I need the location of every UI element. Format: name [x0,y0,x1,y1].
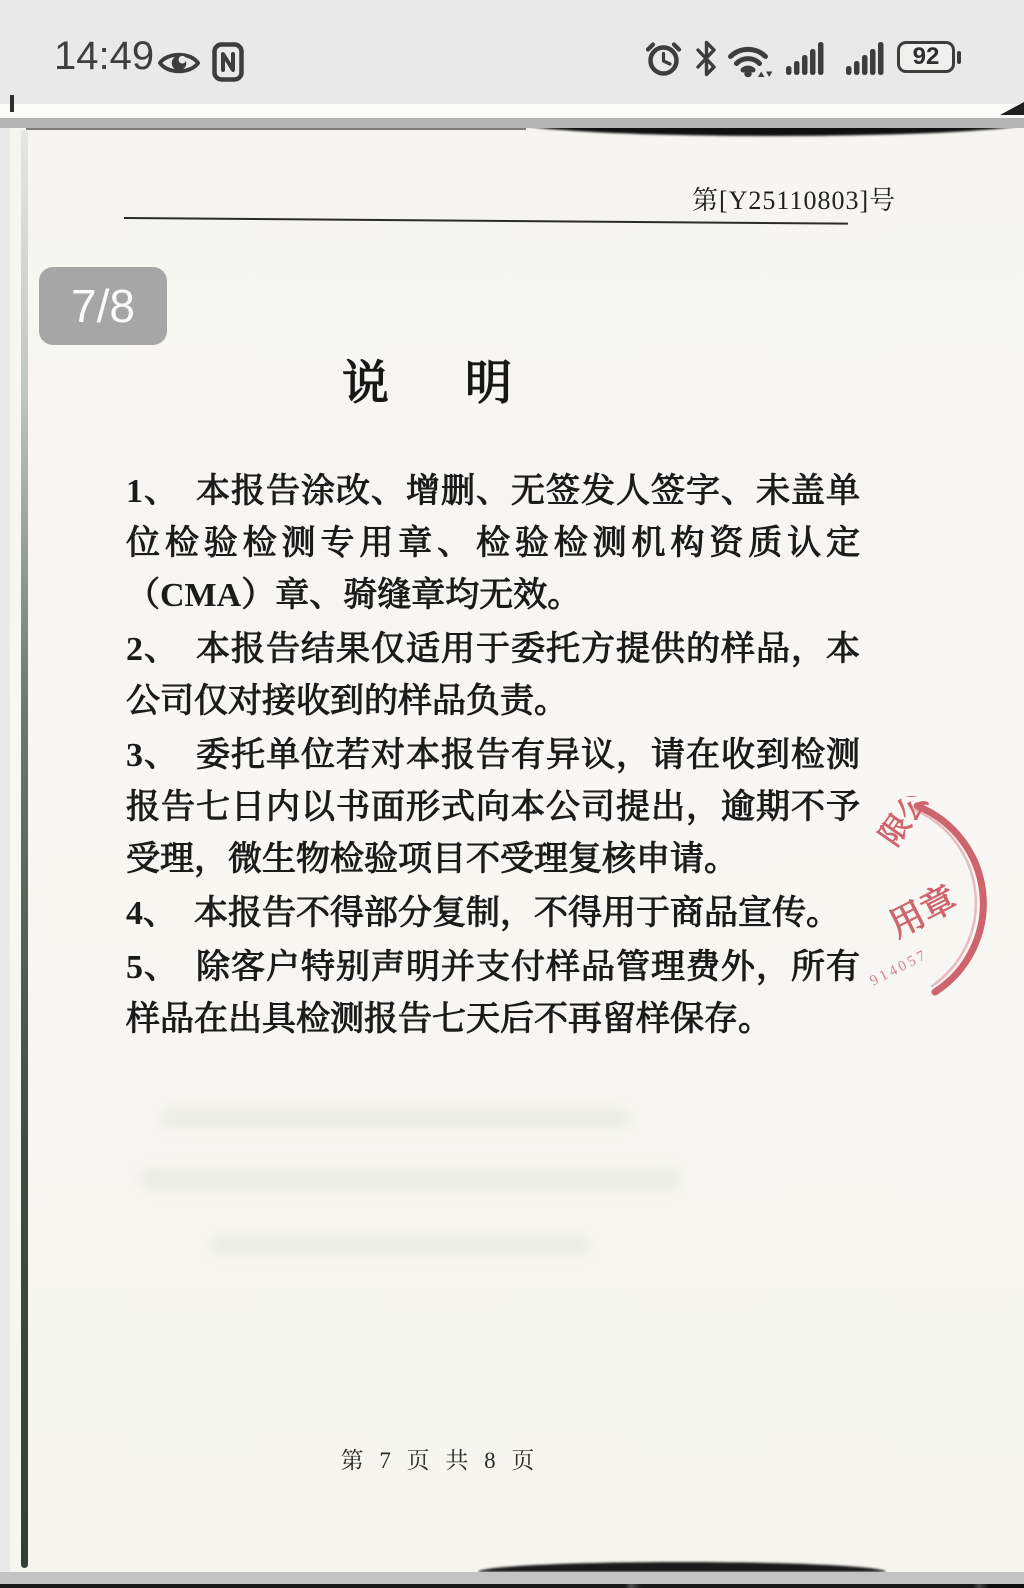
signal-icon [786,41,828,75]
page-number-footer: 第 7 页 共 8 页 [10,1442,870,1475]
page-top-edge-line [26,128,526,130]
note-number: 4、 [126,895,177,932]
note-item: 5、除客户特别声明并支付样品管理费外，所有样品在出具检测报告七天后不再留样保存。 [126,942,860,1046]
battery-indicator: 92 [897,41,955,73]
scan-background-strip [0,104,1024,118]
wifi-icon [727,42,775,78]
note-number: 1、 [126,473,179,510]
note-item: 3、委托单位若对本报告有异议，请在收到检测报告七日内以书面形式向本公司提出，逾期… [126,730,860,886]
status-bar: 14:49 [0,0,1024,104]
stamp-serial-text: 914057 [868,947,931,990]
red-seal-stamp: 限公司 用章 914057 [855,796,1005,1011]
page-title-char: 说 [342,346,389,413]
stamp-seal-text: 用章 [882,878,963,945]
signal-icon [846,41,888,75]
clock-time: 14:49 [54,34,154,79]
bottom-edge-bar [0,1584,1024,1588]
eye-comfort-icon [158,48,200,78]
ink-bleedthrough [210,1236,590,1254]
note-number: 5、 [126,949,179,986]
note-text: 除客户特别声明并支付样品管理费外，所有样品在出具检测报告七天后不再留样保存。 [126,949,860,1038]
divider-band [0,118,1024,128]
note-item: 1、本报告涂改、增删、无签发人签字、未盖单位检验检测专用章、检验检测机构资质认定… [126,466,860,622]
note-number: 3、 [126,737,179,774]
scan-edge-mark-left [10,95,14,112]
note-item: 4、本报告不得部分复制，不得用于商品宣传。 [126,888,860,940]
note-text: 委托单位若对本报告有异议，请在收到检测报告七日内以书面形式向本公司提出，逾期不予… [126,737,860,878]
note-text: 本报告结果仅适用于委托方提供的样品，本公司仅对接收到的样品负责。 [126,631,860,720]
note-item: 2、本报告结果仅适用于委托方提供的样品，本公司仅对接收到的样品负责。 [126,624,860,728]
page-indicator-badge: 7/8 [39,267,167,345]
ink-bleedthrough [160,1108,630,1128]
stamp-company-text: 限公司 [874,796,953,852]
alarm-icon [645,40,682,77]
page-title: 说 明 [342,346,512,413]
note-text: 本报告涂改、增删、无签发人签字、未盖单位检验检测专用章、检验检测机构资质认定（C… [126,473,860,614]
bottom-divider-band [0,1572,1024,1584]
scanned-page[interactable]: 第[Y25110803]号 说 明 1、本报告涂改、增删、无签发人签字、未盖单位… [10,128,1024,1572]
page-top-shadow [515,128,1024,136]
note-text: 本报告不得部分复制，不得用于商品宣传。 [194,895,840,932]
note-number: 2、 [126,631,179,668]
battery-percent: 92 [913,43,940,71]
bluetooth-icon [694,39,719,78]
page-bottom-shadow [478,1562,886,1572]
header-rule [124,217,848,225]
page-spine-shadow [21,130,28,1568]
ink-bleedthrough [140,1168,680,1190]
report-number: 第[Y25110803]号 [692,180,896,217]
phone-screen: 14:49 [0,0,1024,1588]
notes-list: 1、本报告涂改、增删、无签发人签字、未盖单位检验检测专用章、检验检测机构资质认定… [126,466,860,1048]
page-title-char: 明 [465,346,512,413]
nfc-icon [212,42,244,82]
